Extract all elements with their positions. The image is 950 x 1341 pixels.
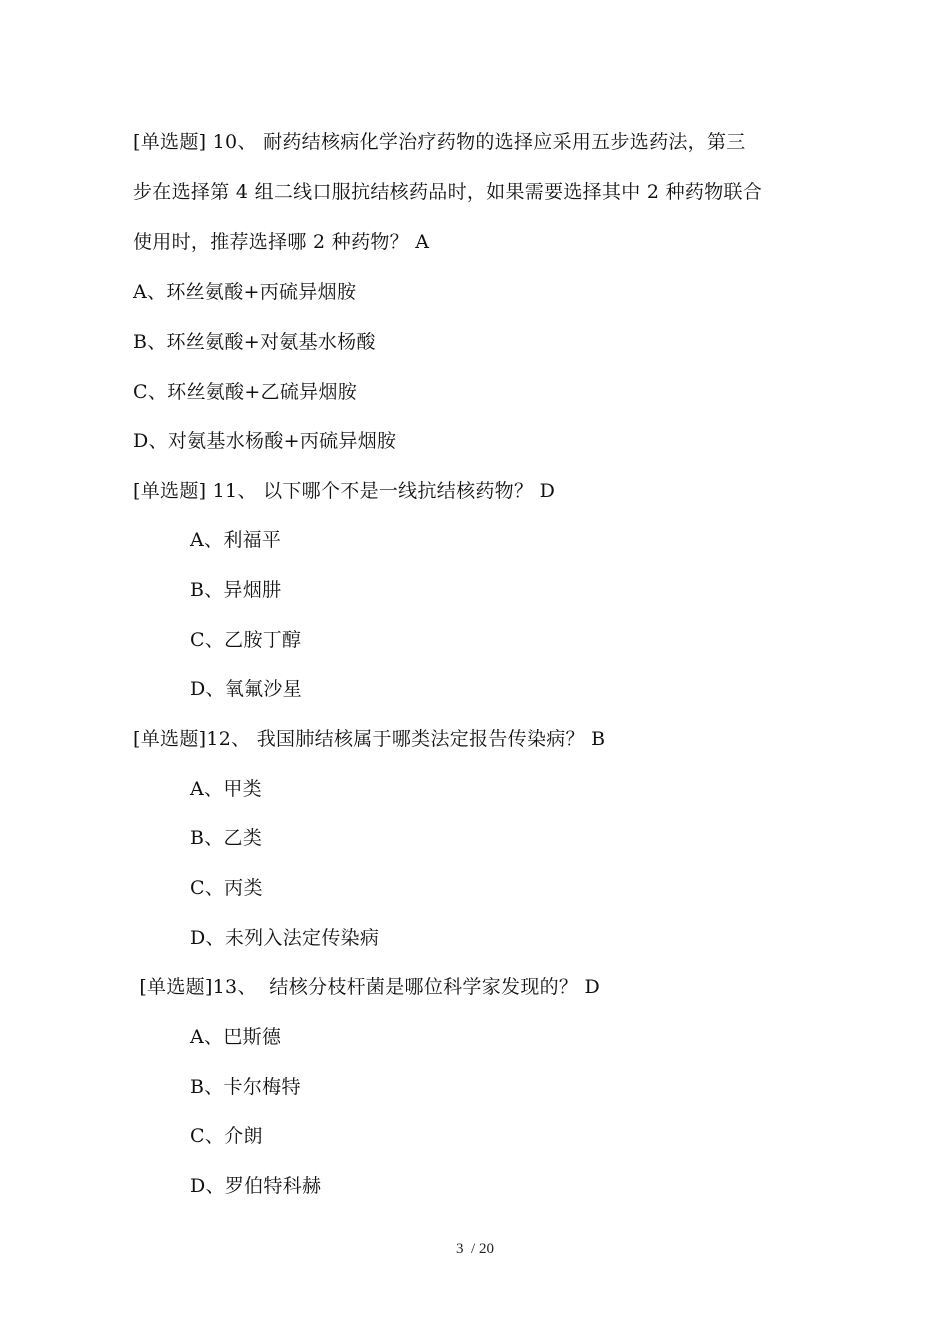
question-12-option-c: C、丙类: [190, 876, 263, 900]
question-11-option-d: D、氧氟沙星: [190, 677, 302, 701]
question-11-option-c: C、乙胺丁醇: [190, 628, 301, 652]
question-10-line-1: [单选题] 10、 耐药结核病化学治疗药物的选择应采用五步选药法，第三: [133, 130, 746, 154]
question-13-option-b: B、卡尔梅特: [190, 1075, 301, 1099]
question-13-option-c: C、介朗: [190, 1124, 263, 1148]
question-13-option-d: D、罗伯特科赫: [190, 1174, 321, 1198]
question-12-option-a: A、甲类: [190, 777, 262, 801]
page-number: 3 / 20: [0, 1241, 950, 1258]
question-11-text: [单选题] 11、 以下哪个不是一线抗结核药物？ D: [133, 479, 555, 503]
question-11-option-b: B、异烟肼: [190, 578, 281, 602]
question-10-line-2: 步在选择第 4 组二线口服抗结核药品时，如果需要选择其中 2 种药物联合: [133, 180, 762, 204]
question-13-text: [单选题]13、 结核分枝杆菌是哪位科学家发现的？ D: [133, 975, 600, 999]
question-10-line-3: 使用时，推荐选择哪 2 种药物？ A: [133, 230, 429, 254]
question-10-option-d: D、对氨基水杨酸+丙硫异烟胺: [133, 429, 396, 453]
question-10-option-c: C、环丝氨酸+乙硫异烟胺: [133, 380, 357, 404]
question-12-option-d: D、未列入法定传染病: [190, 926, 379, 950]
question-10-option-a: A、环丝氨酸+丙硫异烟胺: [133, 280, 356, 304]
question-13-option-a: A、巴斯德: [190, 1025, 281, 1049]
question-10-option-b: B、环丝氨酸+对氨基水杨酸: [133, 330, 376, 354]
question-12-option-b: B、乙类: [190, 826, 262, 850]
question-12-text: [单选题]12、 我国肺结核属于哪类法定报告传染病？ B: [133, 727, 605, 751]
question-11-option-a: A、利福平: [190, 528, 281, 552]
